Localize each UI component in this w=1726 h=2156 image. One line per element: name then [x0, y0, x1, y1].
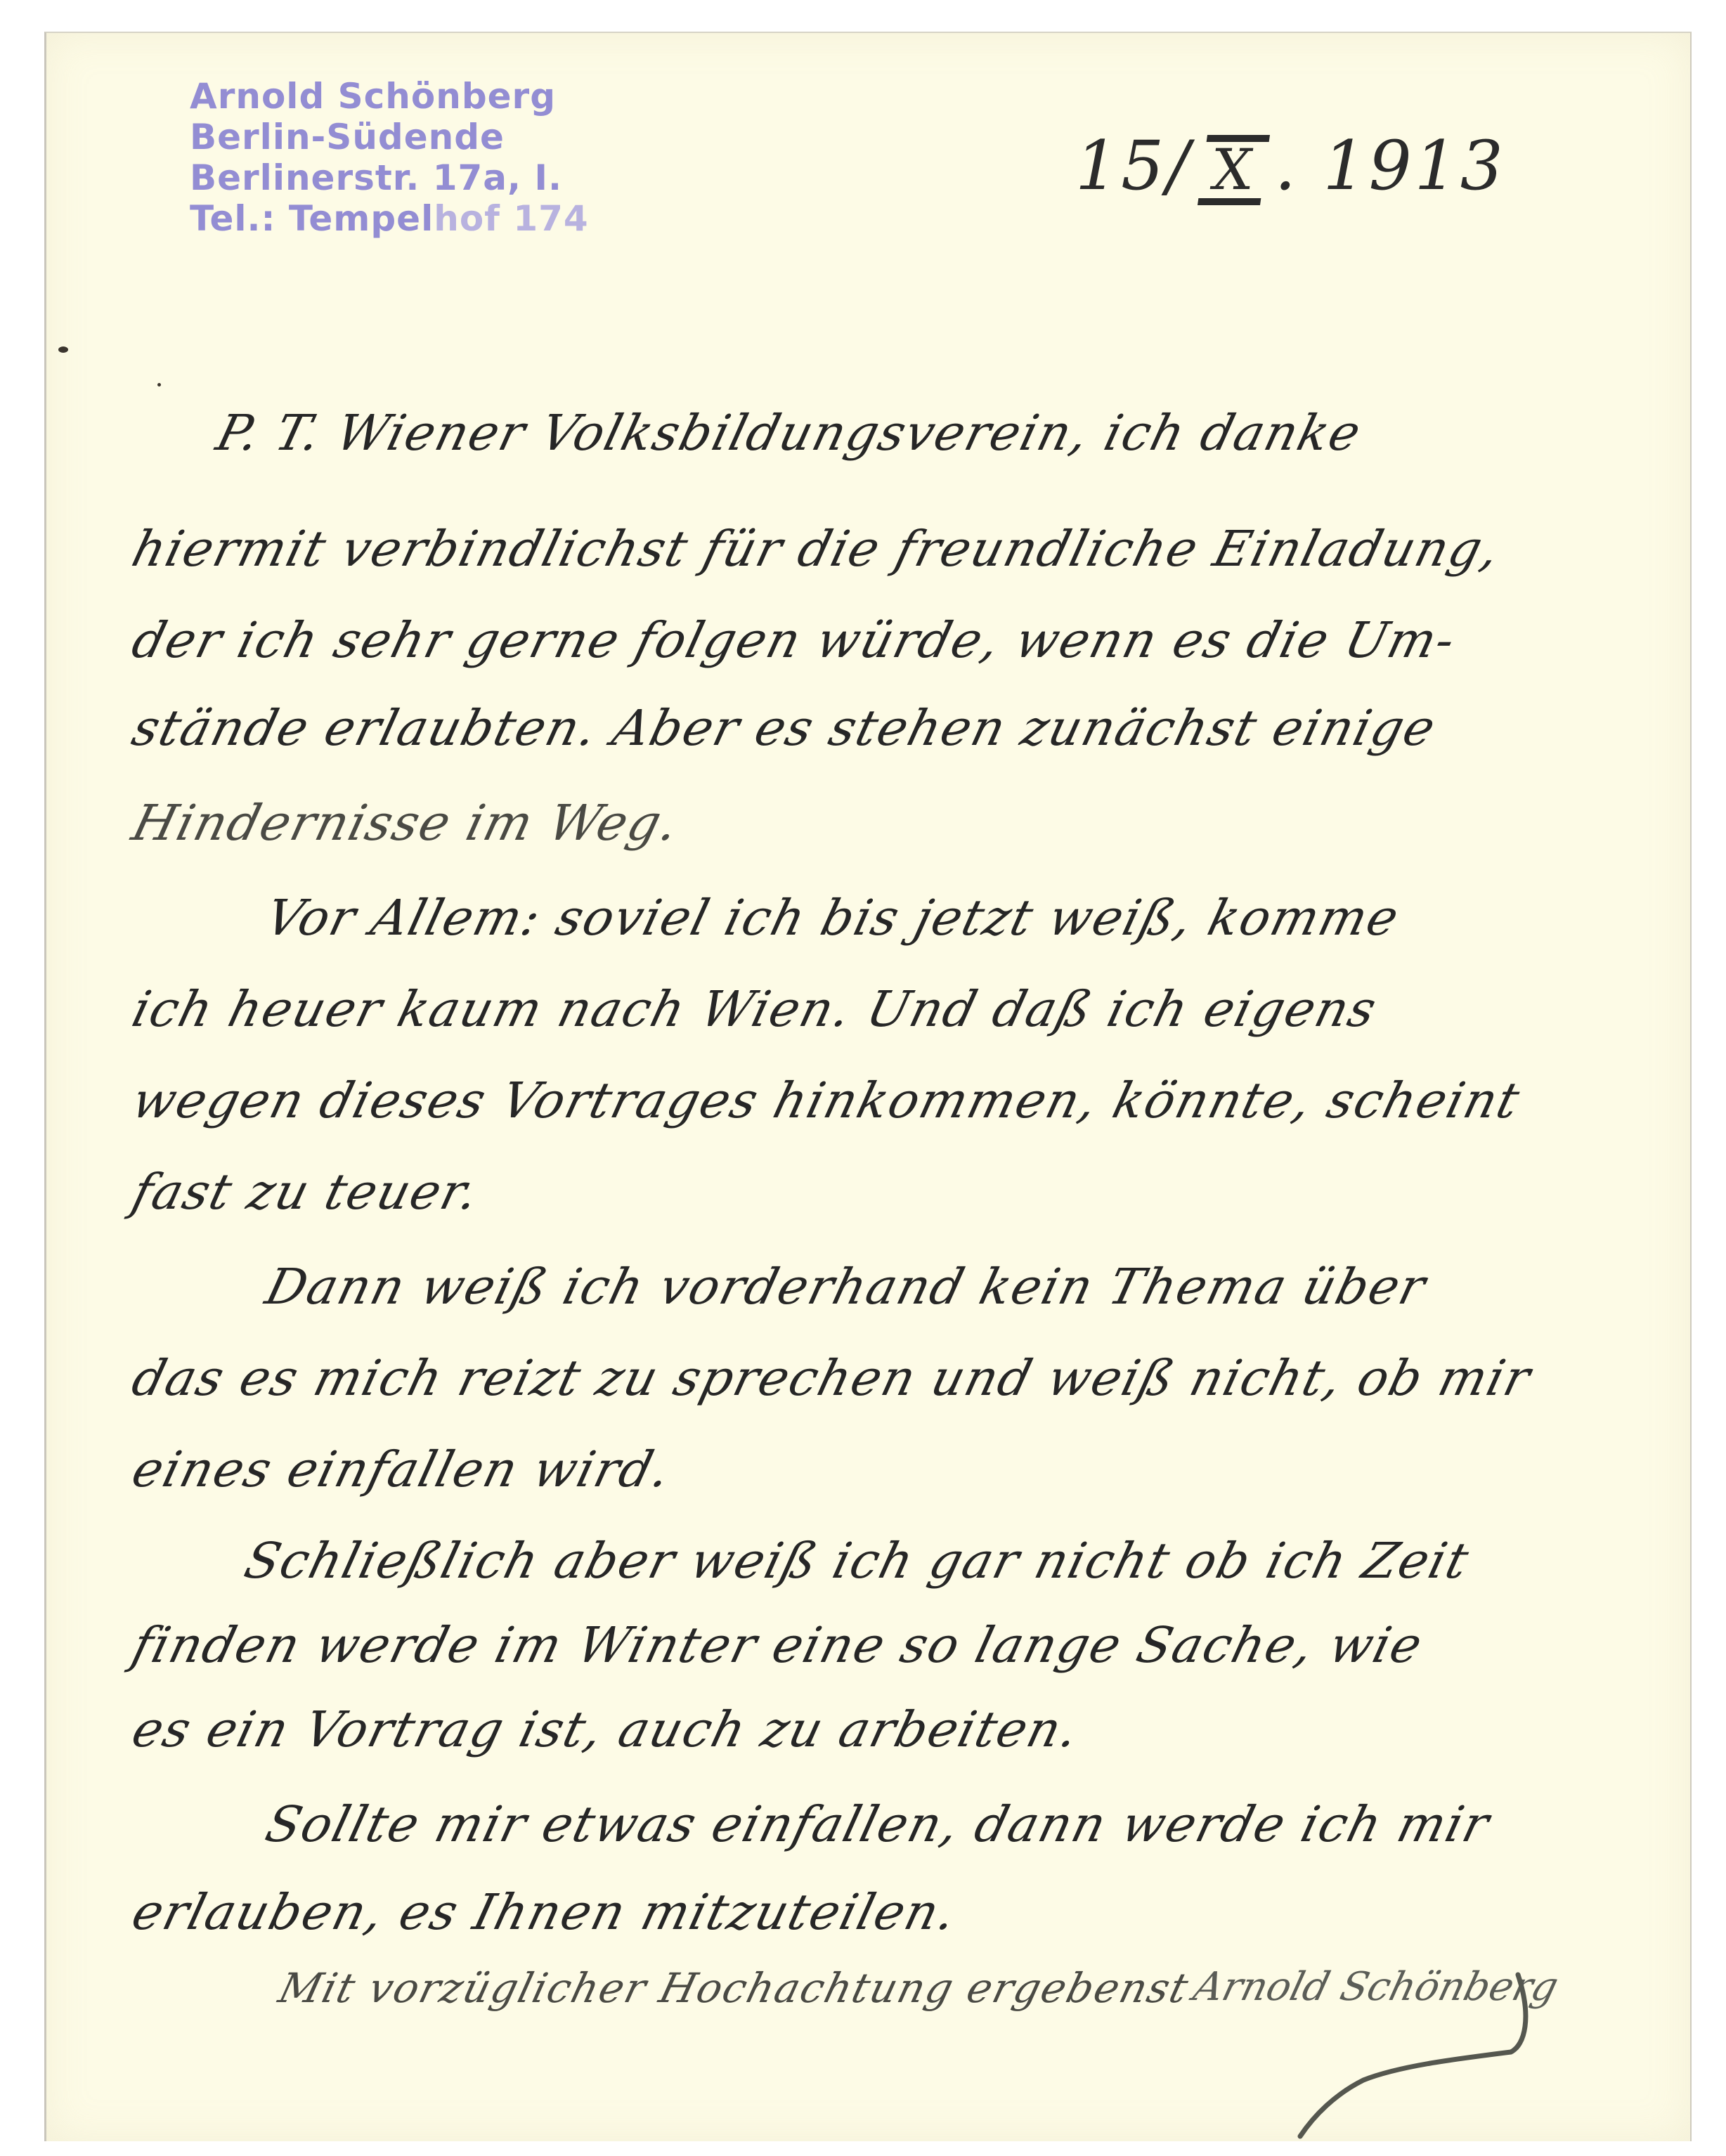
body-line: finden werde im Winter eine so lange Sac…	[126, 1616, 1429, 1674]
body-line: hiermit verbindlichst für die freundlich…	[126, 520, 1507, 578]
date-month: X	[1197, 135, 1269, 205]
letterhead-name: Arnold Schönberg	[190, 76, 589, 117]
letter-date: 15/X. 1913	[1075, 126, 1506, 205]
body-line: eines einfallen wird.	[126, 1441, 677, 1498]
letterhead-phone: Tel.: Tempelhof 174	[190, 198, 589, 239]
body-line: das es mich reizt zu sprechen und weiß n…	[126, 1349, 1537, 1407]
body-line: Hindernisse im Weg.	[126, 794, 685, 852]
signature-flourish-icon	[1223, 1961, 1560, 2143]
closing-line: Mit vorzüglicher Hochachtung ergebenst	[274, 1964, 1194, 2012]
letterhead-phone-tail: hof 174	[434, 198, 588, 239]
body-line: wegen dieses Vortrages hinkommen, könnte…	[126, 1072, 1526, 1129]
body-line: der ich sehr gerne folgen würde, wenn es…	[126, 611, 1462, 669]
body-line: Schließlich aber weiß ich gar nicht ob i…	[239, 1532, 1475, 1590]
date-separator: .	[1274, 126, 1299, 205]
body-line: Sollte mir etwas einfallen, dann werde i…	[260, 1795, 1496, 1853]
letterhead-locality: Berlin-Südende	[190, 117, 589, 157]
letterhead-street: Berlinerstr. 17a, I.	[190, 157, 589, 198]
letterhead-stamp: Arnold Schönberg Berlin-Südende Berliner…	[190, 76, 589, 239]
body-line: Vor Allem: soviel ich bis jetzt weiß, ko…	[260, 889, 1406, 947]
paper-speck	[58, 346, 68, 353]
paper-speck	[157, 383, 161, 387]
body-line: ich heuer kaum nach Wien. Und daß ich ei…	[126, 980, 1383, 1038]
body-line: es ein Vortrag ist, auch zu arbeiten.	[126, 1701, 1086, 1758]
date-day: 15	[1075, 126, 1167, 205]
body-line: Dann weiß ich vorderhand kein Thema über	[260, 1258, 1432, 1316]
body-line: fast zu teuer.	[126, 1163, 486, 1221]
body-line: stände erlaubten. Aber es stehen zunächs…	[126, 699, 1442, 757]
letterhead-phone-prefix: Tel.: Tempel	[190, 198, 434, 239]
body-line: erlauben, es Ihnen mitzuteilen.	[126, 1883, 963, 1941]
date-year: 1913	[1323, 126, 1505, 205]
body-line: P. T. Wiener Volksbildungsverein, ich da…	[211, 404, 1368, 462]
